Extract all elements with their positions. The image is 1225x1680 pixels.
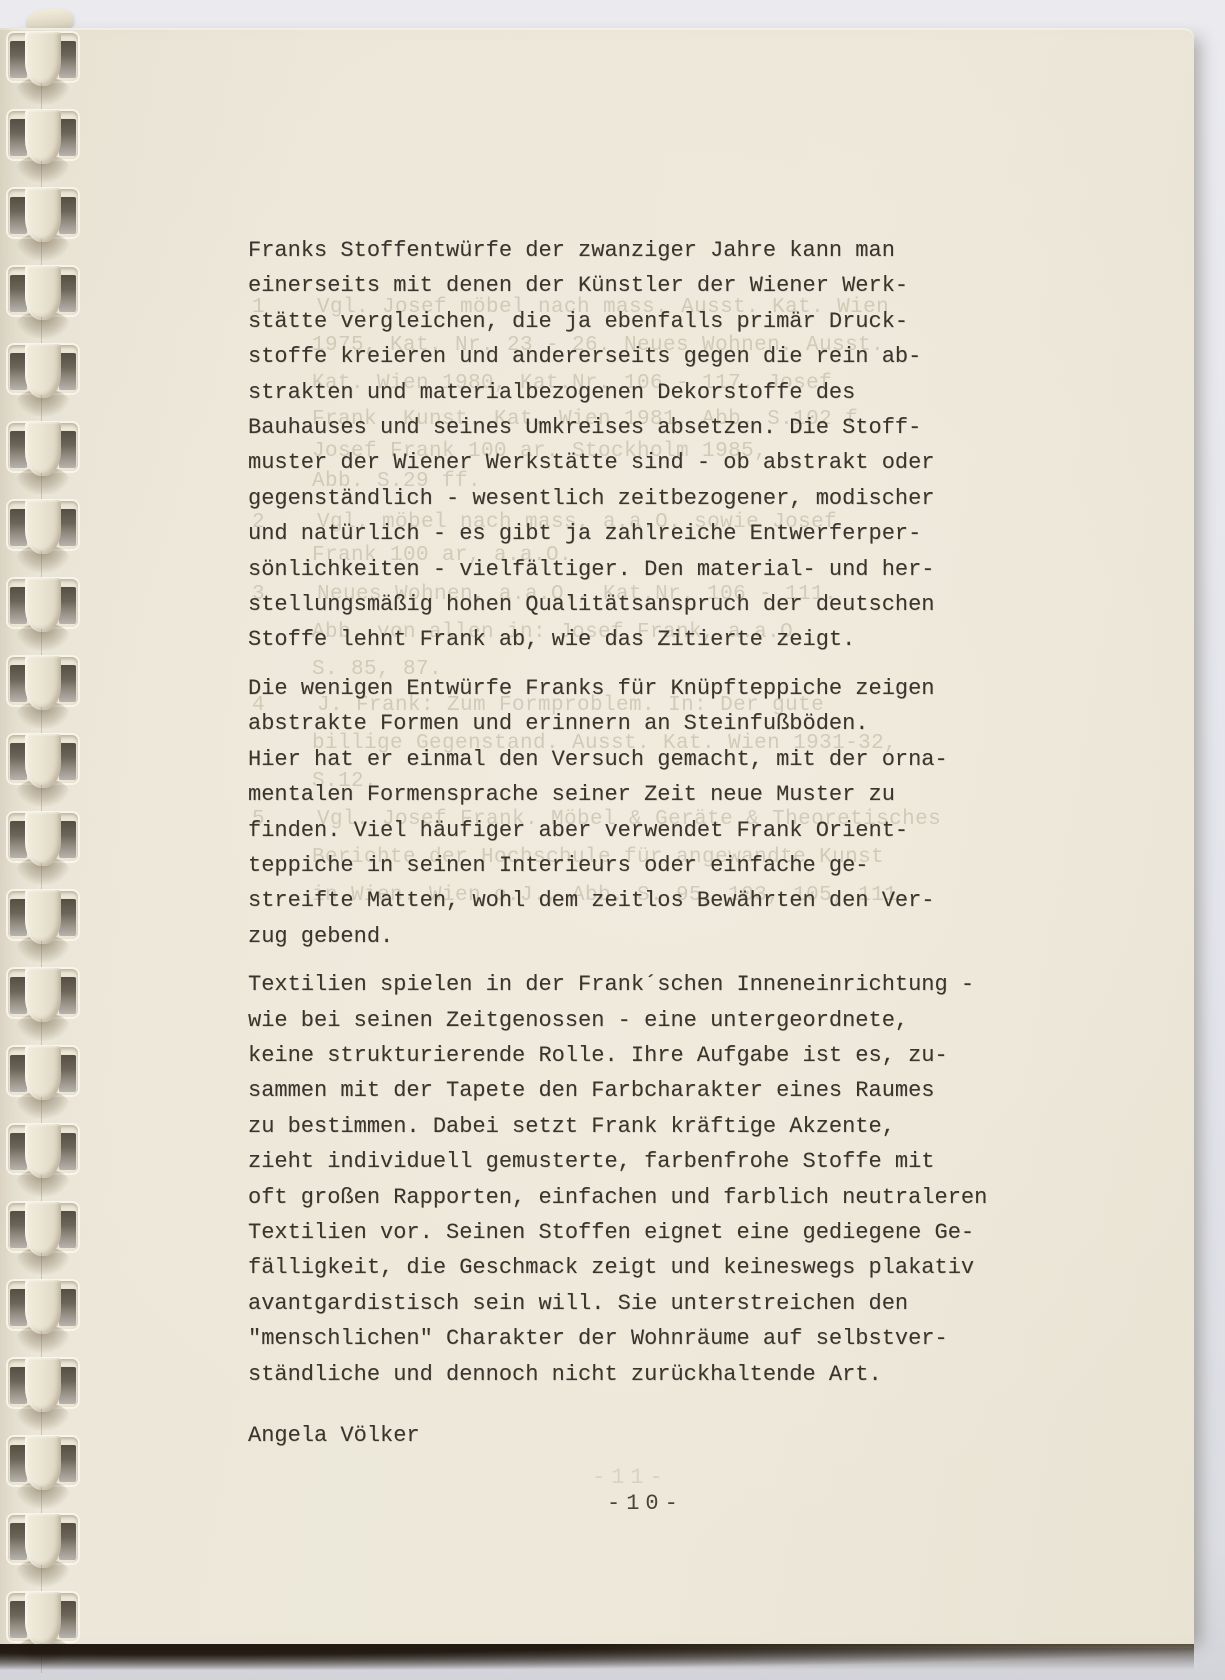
binding-loop [8,189,78,237]
binding-slot-right [59,431,76,468]
text-line: muster der Wiener Werkstätte sind - ob a… [248,445,1038,480]
binding-spine-line [41,863,42,893]
binding-loop [8,345,78,393]
binding-band [25,344,61,398]
binding-spine-line [41,239,42,269]
ghost-page-number: -11- [592,1465,669,1490]
text-line: Bauhauses und seines Umkreises absetzen.… [248,410,1038,445]
binding-slot-right [59,275,76,312]
binding-loop [8,891,78,939]
binding-loop [8,267,78,315]
text-line: zu bestimmen. Dabei setzt Frank kräftige… [248,1109,1038,1144]
binding-spine-line [41,785,42,815]
binding-band [25,1046,61,1100]
binding-loop [8,579,78,627]
binding-slot-right [59,1523,76,1560]
binding-slot-right [59,119,76,156]
text-line: stätte vergleichen, die ja ebenfalls pri… [248,304,1038,339]
binding-spine-line [41,551,42,581]
text-line: gegenständlich - wesentlich zeitbezogene… [248,481,1038,516]
binding-slot-right [59,1055,76,1092]
text-line: Hier hat er einmal den Versuch gemacht, … [248,742,1038,777]
text-line: finden. Viel häufiger aber verwendet Fra… [248,813,1038,848]
binding-spine-line [41,707,42,737]
binding-spine-line [41,1097,42,1127]
text-line: abstrakte Formen und erinnern an Steinfu… [248,706,1038,741]
binding-band [25,32,61,86]
text-line: sönlichkeiten - vielfältiger. Den materi… [248,552,1038,587]
text-line: oft großen Rapporten, einfachen und farb… [248,1180,1038,1215]
text-line: "menschlichen" Charakter der Wohnräume a… [248,1321,1038,1356]
binding-slot-right [59,1133,76,1170]
text-line: stellungsmäßig hohen Qualitätsanspruch d… [248,587,1038,622]
binding-spine-line [41,1487,42,1517]
signature: Angela Völker [248,1423,420,1448]
binding-band [25,578,61,632]
binding-loop [8,423,78,471]
binding-loop [8,1515,78,1563]
text-line: Textilien spielen in der Frank´schen Inn… [248,967,1038,1002]
binding-slot-right [59,353,76,390]
binding-band [25,110,61,164]
binding-slot-right [59,665,76,702]
binding-loop [8,1047,78,1095]
binding-slot-right [59,509,76,546]
binding-spine-line [41,395,42,425]
binding-loop [8,813,78,861]
binding-band [25,500,61,554]
text-line: ständliche und dennoch nicht zurückhalte… [248,1357,1038,1392]
binding-band [25,812,61,866]
binding-band [25,1592,61,1646]
binding-spine-line [41,1019,42,1049]
binding-band [25,1280,61,1334]
text-line: Franks Stoffentwürfe der zwanziger Jahre… [248,233,1038,268]
binding-band [25,1514,61,1568]
binding-band [25,188,61,242]
binding-slot-right [59,1445,76,1482]
binding-band [25,1124,61,1178]
binding-band [25,266,61,320]
binding-spine-line [41,317,42,347]
scan-background: { "document": { "paragraphs": [ { "lines… [0,0,1225,1680]
text-line: teppiche in seinen Interieurs oder einfa… [248,848,1038,883]
paragraph: Textilien spielen in der Frank´schen Inn… [248,967,1038,1392]
binding-loop [8,1359,78,1407]
binding-slot-right [59,1601,76,1638]
text-line: strakten und materialbezogenen Dekorstof… [248,375,1038,410]
binding-spine-line [41,83,42,113]
text-line: stoffe kreieren und andererseits gegen d… [248,339,1038,374]
binding-band [25,734,61,788]
binding-loop [8,501,78,549]
paragraph: Die wenigen Entwürfe Franks für Knüpftep… [248,671,1038,954]
binding-slot-right [59,1289,76,1326]
binding-loop [8,1125,78,1173]
binding-spine-line [41,161,42,191]
binding-loop [8,1593,78,1641]
text-line: avantgardistisch sein will. Sie unterstr… [248,1286,1038,1321]
text-line: Stoffe lehnt Frank ab, wie das Zitierte … [248,622,1038,657]
binding-band [25,656,61,710]
binding-band [25,1202,61,1256]
document-text: Franks Stoffentwürfe der zwanziger Jahre… [248,233,1038,1405]
binding-slot-right [59,821,76,858]
page: 1 Vgl. Josef möbel nach mass. Ausst. Kat… [0,28,1194,1648]
binding-slot-right [59,41,76,78]
binding-loop [8,657,78,705]
binding-loop [8,111,78,159]
binding-spine-line [41,941,42,971]
binding-loop [8,33,78,81]
binding-loop [8,969,78,1017]
text-line: zug gebend. [248,919,1038,954]
text-line: sammen mit der Tapete den Farbcharakter … [248,1073,1038,1108]
binding-band [25,1358,61,1412]
binding-loop [8,1281,78,1329]
text-line: keine strukturierende Rolle. Ihre Aufgab… [248,1038,1038,1073]
binding-spine-line [41,629,42,659]
binding-spine-line [41,1253,42,1283]
binding-band [25,1436,61,1490]
binding-loop [8,735,78,783]
binding-spine-line [41,1331,42,1361]
binding-loop [8,1203,78,1251]
page-bottom-shadow [0,1644,1194,1670]
text-line: Die wenigen Entwürfe Franks für Knüpftep… [248,671,1038,706]
binding-band [25,968,61,1022]
binding-band [25,890,61,944]
binding-spine-line [41,1565,42,1595]
text-line: mentalen Formensprache seiner Zeit neue … [248,777,1038,812]
binding-slot-right [59,587,76,624]
paragraph: Franks Stoffentwürfe der zwanziger Jahre… [248,233,1038,658]
binding-spine-line [41,473,42,503]
binding-slot-right [59,899,76,936]
page-number: -10- [607,1491,684,1516]
binding-spine-line [41,1409,42,1439]
text-line: fälligkeit, die Geschmack zeigt und kein… [248,1250,1038,1285]
text-line: wie bei seinen Zeitgenossen - eine unter… [248,1003,1038,1038]
text-line: streifte Matten, wohl dem zeitlos Bewähr… [248,883,1038,918]
text-line: zieht individuell gemusterte, farbenfroh… [248,1144,1038,1179]
binding-spine-line [41,1175,42,1205]
binding-loop [8,1437,78,1485]
binding-slot-right [59,1211,76,1248]
binding-slot-right [59,977,76,1014]
binding-slot-right [59,743,76,780]
text-line: einerseits mit denen der Künstler der Wi… [248,268,1038,303]
binding-band [25,422,61,476]
text-line: und natürlich - es gibt ja zahlreiche En… [248,516,1038,551]
binding-slot-right [59,1367,76,1404]
binding-slot-right [59,197,76,234]
text-line: Textilien vor. Seinen Stoffen eignet ein… [248,1215,1038,1250]
